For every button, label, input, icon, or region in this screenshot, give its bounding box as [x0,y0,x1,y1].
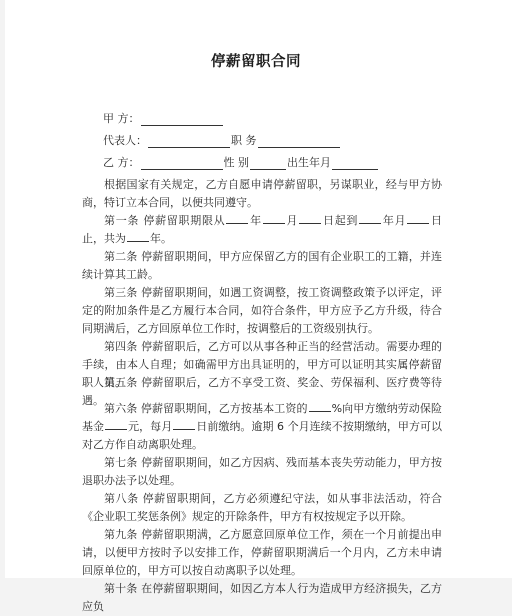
birth-blank [332,157,378,170]
article-8: 第八条 停薪留职期间，乙方必须遵纪守法，如从事非法活动，符合《企业职工奖惩条例》… [82,490,442,526]
article-3: 第三条 停薪留职期间，如遇工资调整，按工资调整政策予以评定，评定的附加条件是乙方… [82,284,442,338]
preamble: 根据国家有关规定，乙方自愿申请停薪留职，另谋职业，经与甲方协商，特订立本合同，以… [82,176,442,212]
position-label: 职 务 [231,132,257,148]
party-a-label: 甲 方： [103,110,140,126]
party-a-field: 甲 方： [103,110,224,126]
article-9: 第九条 停薪留职期满，乙方愿意回原单位工作，须在一个月前提出申请，以便甲方按时予… [82,526,442,578]
representative-label: 代表人： [103,132,147,148]
party-b-blank [141,157,223,170]
article-1: 第一条 停薪留职期限从年月日起到年月日止，共为年。 [82,212,442,248]
document-title: 停薪留职合同 [0,50,512,71]
party-b-label: 乙 方： [103,154,140,170]
gender-blank [250,157,286,170]
article-2: 第二条 停薪留职期间，甲方应保留乙方的国有企业职工的工籍，并连续计算其工龄。 [82,248,442,284]
gender-label: 性 别 [224,154,250,170]
representative-field: 代表人： 职 务 [103,132,341,148]
party-a-blank [141,113,223,126]
representative-blank [148,135,230,148]
position-blank [258,135,340,148]
party-b-field: 乙 方： 性 别 出生年月 [103,154,379,170]
article-7: 第七条 停薪留职期间，如乙方因病、残而基本丧失劳动能力，甲方按退职办法予以处理。 [82,454,442,490]
article-6: 第六条 停薪留职期间，乙方按基本工资的%向甲方缴纳劳动保险基金元，每月日前缴纳。… [82,400,442,454]
birth-label: 出生年月 [287,154,331,170]
